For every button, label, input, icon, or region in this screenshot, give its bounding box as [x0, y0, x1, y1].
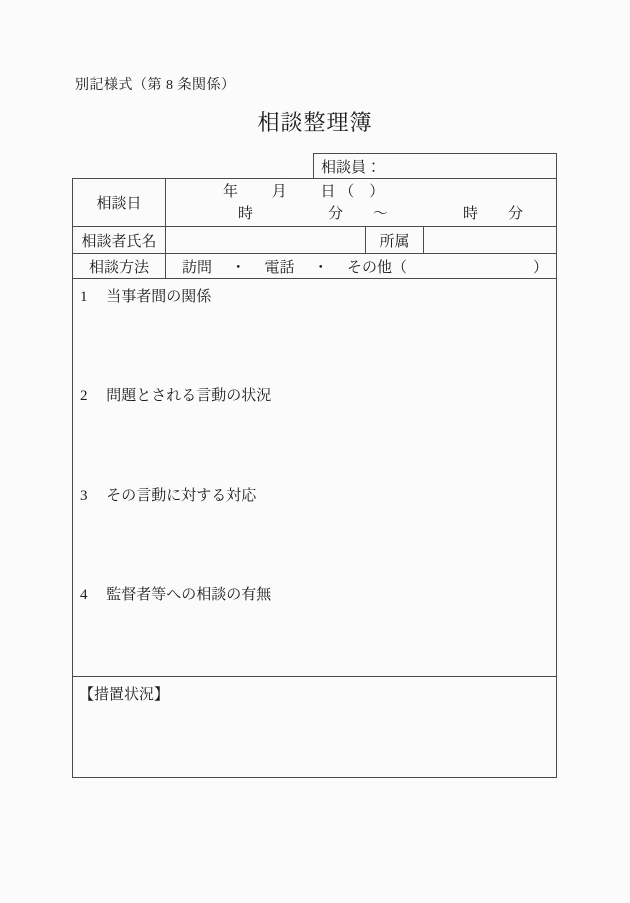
date-label: 相談日 [96, 192, 141, 213]
item-parties-relation: 1 当事者間の関係 [73, 279, 556, 378]
counselor-label: 相談員： [321, 156, 381, 177]
date-input-area: 年 月 日 （ ） 時 分 ～ 時 分 [166, 179, 556, 226]
measures-label: 【措置状況】 [73, 677, 169, 777]
page-title: 相談整理簿 [0, 106, 630, 137]
name-label: 相談者氏名 [81, 230, 156, 251]
item-label: 監督者等への相談の有無 [106, 587, 271, 603]
form-table: 相談日 年 月 日 （ ） 時 分 ～ 時 分 相談者氏名 所属 相談方法 [72, 178, 557, 778]
date-line-time: 時 分 ～ 時 分 [166, 203, 556, 225]
date-line-ymd: 年 月 日 （ ） [166, 181, 556, 203]
method-options: 訪問 ・ 電話 ・ その他（ [166, 256, 407, 277]
method-label: 相談方法 [89, 256, 149, 277]
counselor-cell: 相談員： [313, 153, 557, 178]
name-input-area [166, 227, 366, 253]
item-number: 2 [80, 388, 88, 405]
name-label-cell: 相談者氏名 [73, 227, 166, 253]
consultation-record-sheet: 別記様式（第 8 条関係） 相談整理簿 相談員： 相談日 年 月 日 （ ） 時… [0, 0, 630, 903]
item-supervisor-consultation: 4 監督者等への相談の有無 [73, 577, 556, 676]
item-label: 当事者間の関係 [106, 289, 211, 305]
form-note: 別記様式（第 8 条関係） [75, 74, 236, 94]
item-number: 1 [80, 289, 88, 306]
date-label-cell: 相談日 [73, 179, 166, 226]
method-row: 相談方法 訪問 ・ 電話 ・ その他（ ） [73, 254, 556, 279]
affiliation-label-cell: 所属 [366, 227, 424, 253]
method-label-cell: 相談方法 [73, 254, 166, 278]
method-options-area: 訪問 ・ 電話 ・ その他（ ） [166, 254, 556, 278]
name-row: 相談者氏名 所属 [73, 227, 556, 254]
affiliation-input-area [424, 227, 556, 253]
affiliation-label: 所属 [379, 230, 409, 251]
method-close-paren: ） [533, 256, 556, 277]
item-label: その言動に対する対応 [106, 488, 256, 504]
date-row: 相談日 年 月 日 （ ） 時 分 ～ 時 分 [73, 179, 556, 227]
item-number: 3 [80, 488, 88, 505]
item-problem-behavior: 2 問題とされる言動の状況 [73, 378, 556, 477]
item-response-to-behavior: 3 その言動に対する対応 [73, 478, 556, 577]
item-number: 4 [80, 587, 88, 604]
items-section: 1 当事者間の関係 2 問題とされる言動の状況 3 その言動に対する対応 4 監… [73, 279, 556, 677]
measures-section: 【措置状況】 [73, 677, 556, 777]
item-label: 問題とされる言動の状況 [106, 388, 271, 404]
